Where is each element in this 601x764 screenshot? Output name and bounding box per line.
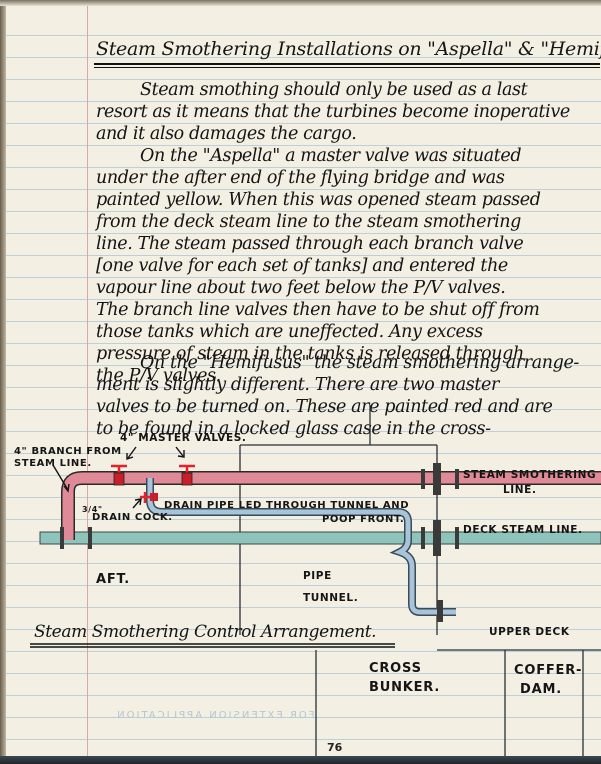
label-steam-smothering-line-2: LINE. [503,484,537,496]
label-aft: AFT. [96,572,130,587]
pipe-diagram [0,0,601,756]
label-cross-bunker: CROSS [369,661,422,676]
label-cross-bunker-2: BUNKER. [369,680,440,695]
label-upper-deck: UPPER DECK [489,626,570,638]
label-branch: 4" BRANCH FROM [14,446,122,457]
label-drain-cock: DRAIN COCK. [92,512,173,523]
label-branch-2: STEAM LINE. [14,458,92,469]
label-pipe-tunnel: PIPE [303,570,332,582]
label-drain-pipe: DRAIN PIPE LED THROUGH TUNNEL AND [164,500,409,511]
structure-lines [240,405,601,756]
notebook-bottom-edge [0,756,601,764]
section-heading-underline [30,644,395,647]
label-cofferdam-2: DAM. [520,682,562,697]
section-heading: Steam Smothering Control Arrangement. [34,622,376,642]
label-deck-steam-line: DECK STEAM LINE. [463,524,583,536]
label-drain-pipe-2: POOP FRONT. [322,514,404,525]
label-pipe-tunnel-2: TUNNEL. [303,592,358,604]
label-cofferdam: COFFER- [514,663,582,678]
label-master-valves: 4" MASTER VALVES. [120,432,246,444]
bleedthrough-text: FOR EXTENSION APPLICATION. [110,710,315,721]
label-steam-smothering-line: STEAM SMOTHERING [463,469,596,481]
notebook-page: Steam Smothering Installations on "Aspel… [0,0,601,756]
page-number: 76 [327,741,342,754]
